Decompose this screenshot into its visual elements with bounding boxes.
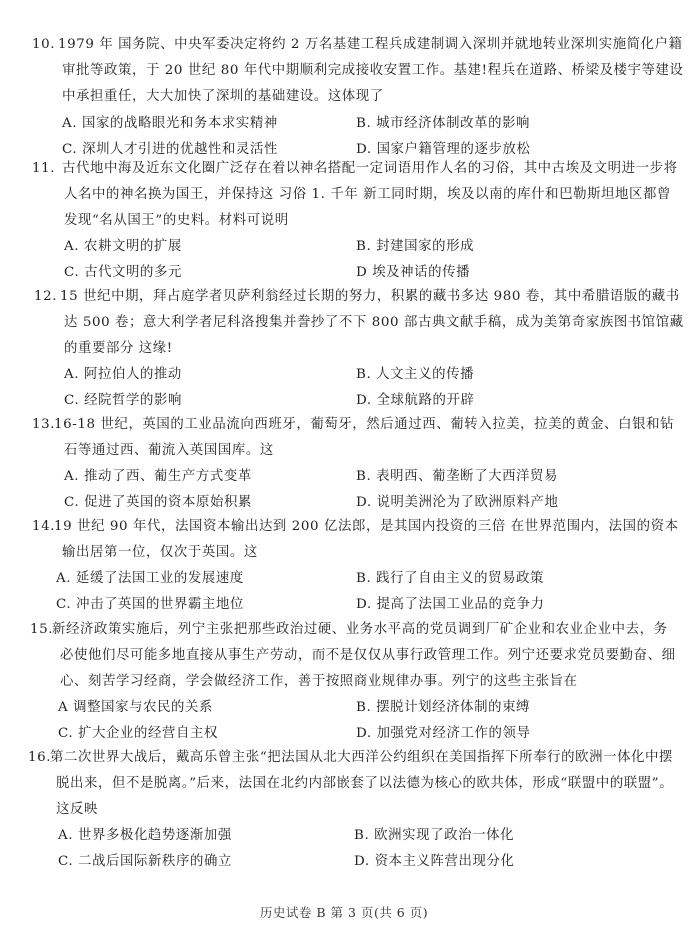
question-text-line: 输出居第一位，仅次于英国。这	[62, 544, 258, 562]
option-b: B. 摆脱计划经济体制的束缚	[356, 699, 530, 717]
question-number: 12.	[34, 288, 57, 306]
option-c: C. 深圳人才引进的优越性和灵活性	[62, 141, 278, 159]
question-text-line: 脱出来，但不是脱离。”后来，法国在北约内部嵌套了以法德为核心的欧共体，形成“联盟…	[56, 775, 673, 793]
question-text-line: 心、刻苦学习经商，学会做经济工作，善于按照商业规律办事。列宁的这些主张旨在	[60, 673, 578, 691]
question-number: 11.	[32, 160, 55, 178]
option-a: A. 延缓了法国工业的发展速度	[56, 570, 244, 588]
option-c: C. 冲击了英国的世界霸主地位	[56, 596, 244, 614]
option-b: B. 欧洲实现了政治一体化	[354, 827, 514, 845]
question-text-line: 石等通过西、葡流入英国国库。这	[64, 442, 274, 460]
option-a: A. 阿拉伯人的推动	[64, 366, 182, 384]
option-b: B. 表明西、葡垄断了大西洋贸易	[356, 468, 558, 486]
option-a: A. 农耕文明的扩展	[64, 238, 182, 256]
question-text-line: 发现“名从国王”的史料。材料可说明	[64, 212, 289, 230]
question-text-line: 16-18 世纪，英国的工业品流向西班牙，葡萄牙，然后通过西、葡转入拉美，拉美的…	[54, 416, 674, 434]
question-number: 15.	[30, 621, 53, 639]
question-text-line: 第二次世界大战后，戴高乐曾主张“把法国从北大西洋公约组织在美国指挥下所奉行的欧洲…	[50, 749, 673, 767]
question-text-line: 人名中的神名换为国王，并保持这 习俗 1. 千年 新工同时期，埃及以南的库什和巴…	[64, 186, 671, 204]
option-c: C. 二战后国际新秩序的确立	[58, 853, 232, 871]
option-c: C. 经院哲学的影响	[64, 392, 182, 410]
question-text-line: 这反映	[56, 801, 98, 819]
option-d: D 埃及神话的传播	[356, 264, 470, 282]
option-d: D. 全球航路的开辟	[356, 392, 475, 410]
option-d: D. 加强党对经济工作的领导	[356, 725, 530, 743]
question-number: 13.	[32, 416, 55, 434]
option-b: B. 城市经济体制改革的影响	[356, 115, 530, 133]
option-d: D. 资本主义阵营出现分化	[354, 853, 514, 871]
question-number: 16.	[28, 749, 51, 767]
page-footer: 历史试卷 B 第 3 页(共 6 页)	[0, 903, 688, 921]
question-text-line: 新经济政策实施后，列宁主张把那些政治过硬、业务水平高的党员调到厂矿企业和农业企业…	[52, 621, 668, 639]
option-b: B. 践行了自由主义的贸易政策	[356, 570, 544, 588]
option-d: D. 说明美洲沦为了欧洲原料产地	[356, 494, 558, 512]
question-text-line: 19 世纪 90 年代，法国资本输出达到 200 亿法郎，是其国内投资的三倍 在…	[54, 518, 679, 536]
option-d: D. 国家户籍管理的逐步放松	[356, 141, 530, 159]
question-text-line: 必使他们尽可能多地直接从事生产劳动，而不是仅仅从事行政管理工作。列宁还要求党员要…	[60, 647, 676, 665]
question-text-line: 1979 年 国务院、中央军委决定将约 2 万名基建工程兵成建制调入深圳并就地转…	[58, 36, 683, 54]
option-a: A. 推动了西、葡生产方式变革	[64, 468, 252, 486]
option-b: B. 封建国家的形成	[356, 238, 474, 256]
question-text-line: 审批等政策，于 20 世纪 80 年代中期顺利完成接收安置工作。基建!程兵在道路…	[62, 62, 684, 80]
option-c: C. 古代文明的多元	[64, 264, 182, 282]
question-text-line: 15 世纪中期，拜占庭学者贝萨利翁经过长期的努力，积累的藏书多达 980 卷，其…	[60, 288, 680, 306]
question-number: 10.	[32, 36, 55, 54]
option-a: A. 世界多极化趋势逐渐加强	[58, 827, 232, 845]
exam-page: 10. 1979 年 国务院、中央军委决定将约 2 万名基建工程兵成建制调入深圳…	[0, 0, 688, 940]
option-a: A 调整国家与农民的关系	[58, 699, 213, 717]
question-number: 14.	[32, 518, 55, 536]
option-a: A. 国家的战略眼光和务本求实精神	[62, 115, 278, 133]
question-text-line: 中承担重任，大大加快了深圳的基础建设。这体现了	[62, 88, 384, 106]
option-b: B. 人文主义的传播	[356, 366, 474, 384]
question-text-line: 古代地中海及近东文化圈广泛存在着以神名搭配一定词语用作人名的习俗，其中古埃及文明…	[62, 160, 678, 178]
option-d: D. 提高了法国工业品的竞争力	[356, 596, 544, 614]
option-c: C. 促进了英国的资本原始积累	[64, 494, 252, 512]
question-text-line: 达 500 卷；意大利学者尼科洛搜集并誊抄了不下 800 部古典文献手稿，成为美…	[64, 314, 684, 332]
option-c: C. 扩大企业的经营自主权	[58, 725, 218, 743]
question-text-line: 的重要部分 这缘!	[64, 340, 173, 358]
